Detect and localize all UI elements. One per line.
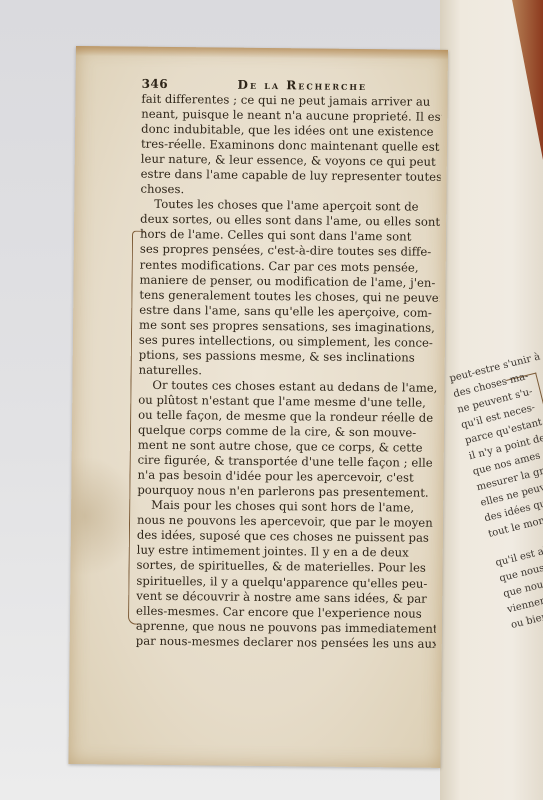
page-text-block: 346 De la Recherche fait differentes ; c… [136, 77, 442, 652]
facing-page-lower-text: peut-estre s'unir à des choses ma- ne pe… [448, 345, 543, 649]
page-number: 346 [142, 77, 238, 93]
text-line: par nous-mesmes declarer nos pensées les… [136, 633, 436, 651]
body-text: fait differentes ; ce qui ne peut jamais… [136, 92, 442, 652]
book-page: 346 De la Recherche fait differentes ; c… [68, 46, 447, 768]
facing-page: dans la Chapitre septiéme de la maniere,… [440, 0, 543, 800]
running-head-title: De la Recherche [238, 78, 368, 94]
